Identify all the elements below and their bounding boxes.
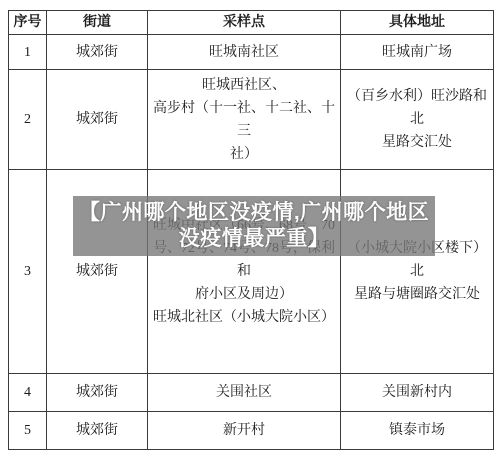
- row-no: 3: [9, 170, 47, 374]
- header-street: 街道: [47, 11, 148, 35]
- row-address: 关围新村内: [341, 374, 494, 412]
- table-row: 2 城郊街 旺城西社区、 高步村（十一社、十二社、十三 社） （百乡水利）旺沙路…: [9, 70, 494, 170]
- table-row: 5 城郊街 新开村 镇泰市场: [9, 412, 494, 450]
- row-street: 城郊街: [47, 70, 148, 170]
- page: 序号 街道 采样点 具体地址 1 城郊街 旺城南社区 旺城南广场 2 城郊街 旺…: [0, 0, 500, 456]
- header-address: 具体地址: [341, 11, 494, 35]
- row-site: 关围社区: [148, 374, 341, 412]
- row-no: 2: [9, 70, 47, 170]
- row-address: 旺城南广场: [341, 35, 494, 70]
- row-street: 城郊街: [47, 374, 148, 412]
- watermark-overlay: 【广州哪个地区没疫情,广州哪个地区 没疫情最严重】: [73, 196, 435, 256]
- row-no: 5: [9, 412, 47, 450]
- table-row: 1 城郊街 旺城南社区 旺城南广场: [9, 35, 494, 70]
- watermark-line-1: 【广州哪个地区没疫情,广州哪个地区: [79, 200, 429, 226]
- table-header-row: 序号 街道 采样点 具体地址: [9, 11, 494, 35]
- row-address: （百乡水利）旺沙路和北 星路交汇处: [341, 70, 494, 170]
- header-no: 序号: [9, 11, 47, 35]
- table-row: 4 城郊街 关围社区 关围新村内: [9, 374, 494, 412]
- header-site: 采样点: [148, 11, 341, 35]
- row-street: 城郊街: [47, 412, 148, 450]
- row-site: 新开村: [148, 412, 341, 450]
- watermark-line-2: 没疫情最严重】: [179, 226, 330, 252]
- row-street: 城郊街: [47, 35, 148, 70]
- row-address: 镇泰市场: [341, 412, 494, 450]
- row-no: 4: [9, 374, 47, 412]
- row-site: 旺城南社区: [148, 35, 341, 70]
- row-site: 旺城西社区、 高步村（十一社、十二社、十三 社）: [148, 70, 341, 170]
- row-no: 1: [9, 35, 47, 70]
